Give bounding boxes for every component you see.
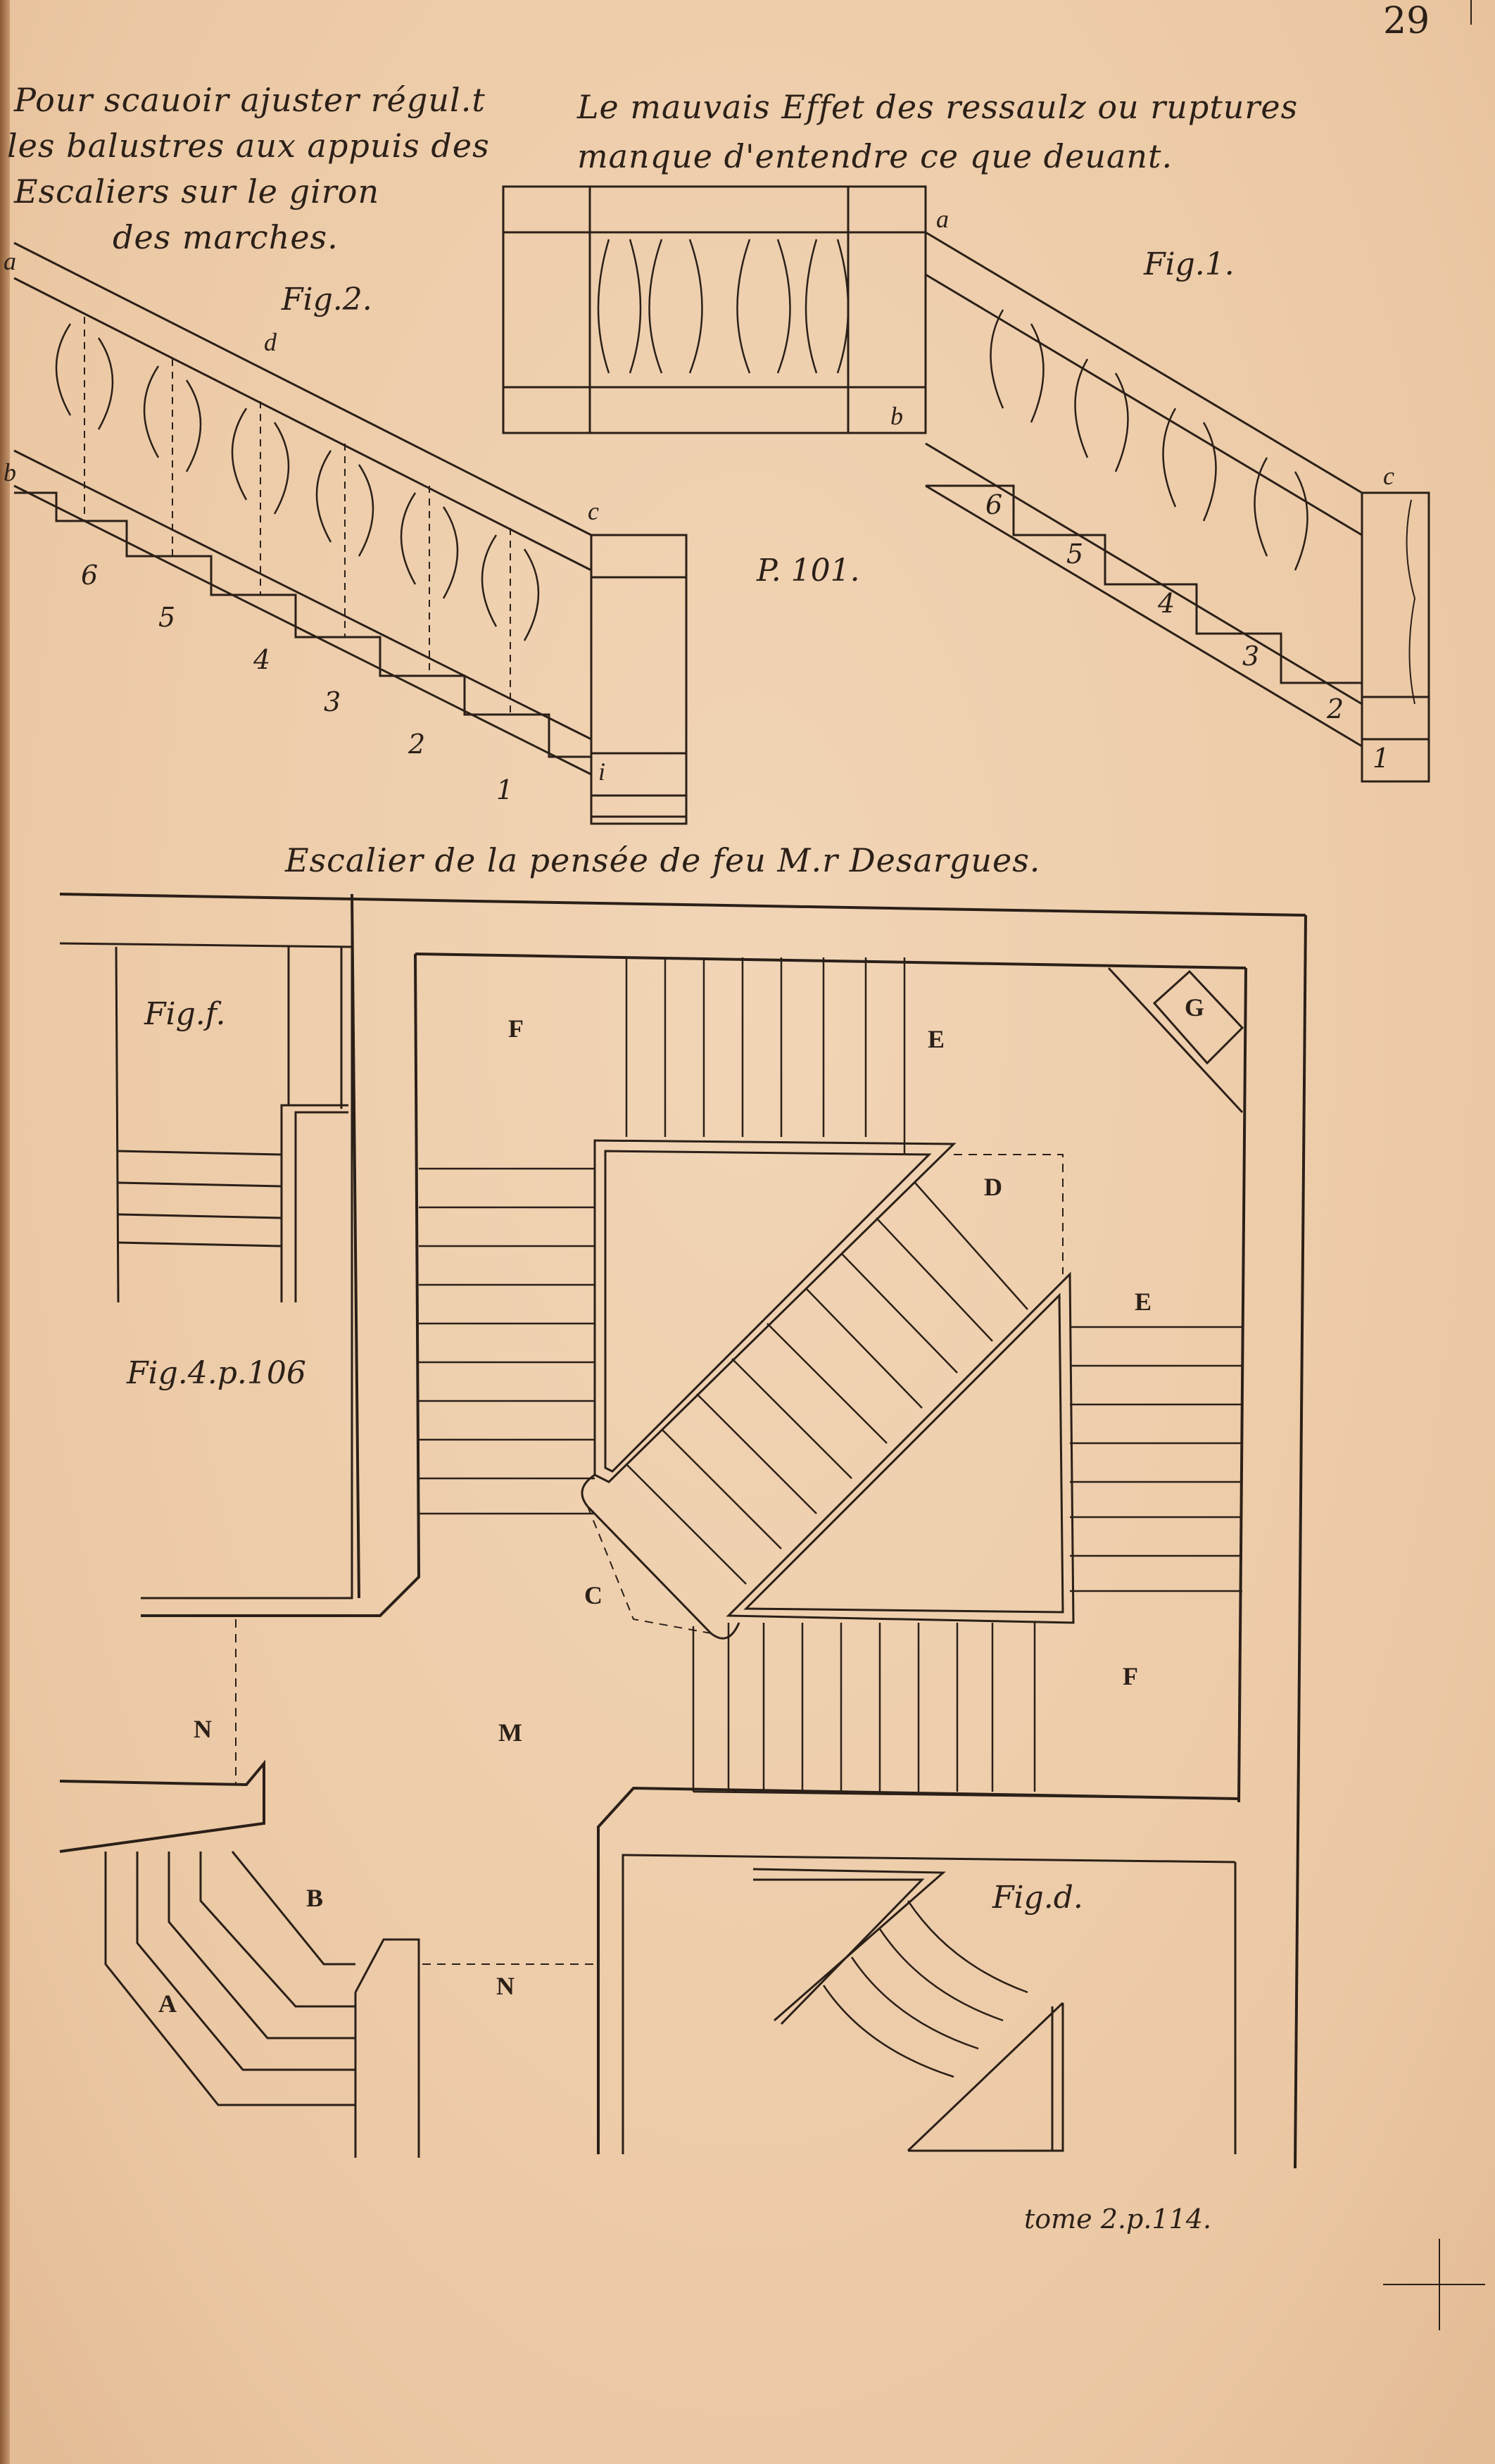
fig1-label: Fig.1. (1144, 246, 1235, 282)
plan-label-E-right: E (1135, 1287, 1152, 1316)
plan-label-D: D (984, 1172, 1002, 1202)
page-reference-p101: P. 101. (757, 553, 860, 589)
fig1-point-a: a (936, 204, 949, 234)
fig1-step-1: 1 (1373, 743, 1389, 774)
fig2-caption-line-1: Pour scauoir ajuster régul.t (14, 81, 486, 119)
fig2-caption-line-4: des marches. (113, 218, 339, 256)
plan-label-N-left: N (194, 1714, 212, 1744)
plan-label-N-bottom: N (496, 1971, 515, 2001)
plan-label-C: C (584, 1580, 603, 1610)
plan-label-F-bottom: F (1123, 1661, 1138, 1691)
fig1-step-6: 6 (985, 489, 1002, 520)
fig1-point-b: b (890, 401, 903, 431)
fig2-step-2: 2 (408, 729, 425, 760)
fig2-step-3: 3 (324, 686, 341, 717)
plan-label-A: A (158, 1989, 177, 2018)
fig1-caption-line-1: Le mauvais Effet des ressaulz ou rupture… (577, 88, 1298, 126)
engraving-line-art (0, 0, 1495, 2464)
volume-page-reference: tome 2.p.114. (1024, 2204, 1211, 2234)
page-number: 29 (1383, 0, 1430, 42)
fig2-caption-line-3: Escaliers sur le giron (14, 172, 379, 210)
fig-4-label: Fig.4.p.106 (127, 1355, 306, 1391)
fig2-step-6: 6 (81, 560, 98, 591)
fig2-caption-line-2: les balustres aux appuis des (7, 127, 490, 165)
plan-label-E-top: E (928, 1024, 945, 1054)
fig-f-label: Fig.f. (144, 996, 225, 1032)
fig2-point-a: a (4, 246, 16, 276)
fig1-step-3: 3 (1242, 641, 1259, 672)
fig1-point-c: c (1383, 461, 1394, 491)
fig1-step-4: 4 (1158, 588, 1175, 619)
fig2-point-c: c (588, 496, 599, 526)
plan-title: Escalier de la pensée de feu M.r Desargu… (285, 841, 1040, 879)
fig2-step-4: 4 (253, 644, 270, 675)
fig1-step-5: 5 (1066, 539, 1083, 570)
fig1-step-2: 2 (1327, 693, 1344, 724)
fig2-point-i: i (598, 757, 605, 786)
fig2-point-b: b (4, 458, 16, 487)
fig1-caption-line-2: manque d'entendre ce que deuant. (577, 137, 1173, 175)
fig2-step-1: 1 (496, 774, 513, 805)
plan-label-F-top: F (508, 1014, 524, 1043)
fig-d-label: Fig.d. (992, 1880, 1083, 1916)
plan-label-B: B (306, 1883, 323, 1913)
fig2-step-5: 5 (158, 602, 175, 633)
fig2-balustrade-drawing (14, 243, 686, 824)
fig1-balustrade-drawing (503, 187, 1429, 781)
fig2-point-d: d (264, 327, 277, 357)
plan-label-M: M (498, 1718, 522, 1747)
plan-label-G: G (1185, 993, 1204, 1022)
fig2-label: Fig.2. (282, 282, 372, 318)
